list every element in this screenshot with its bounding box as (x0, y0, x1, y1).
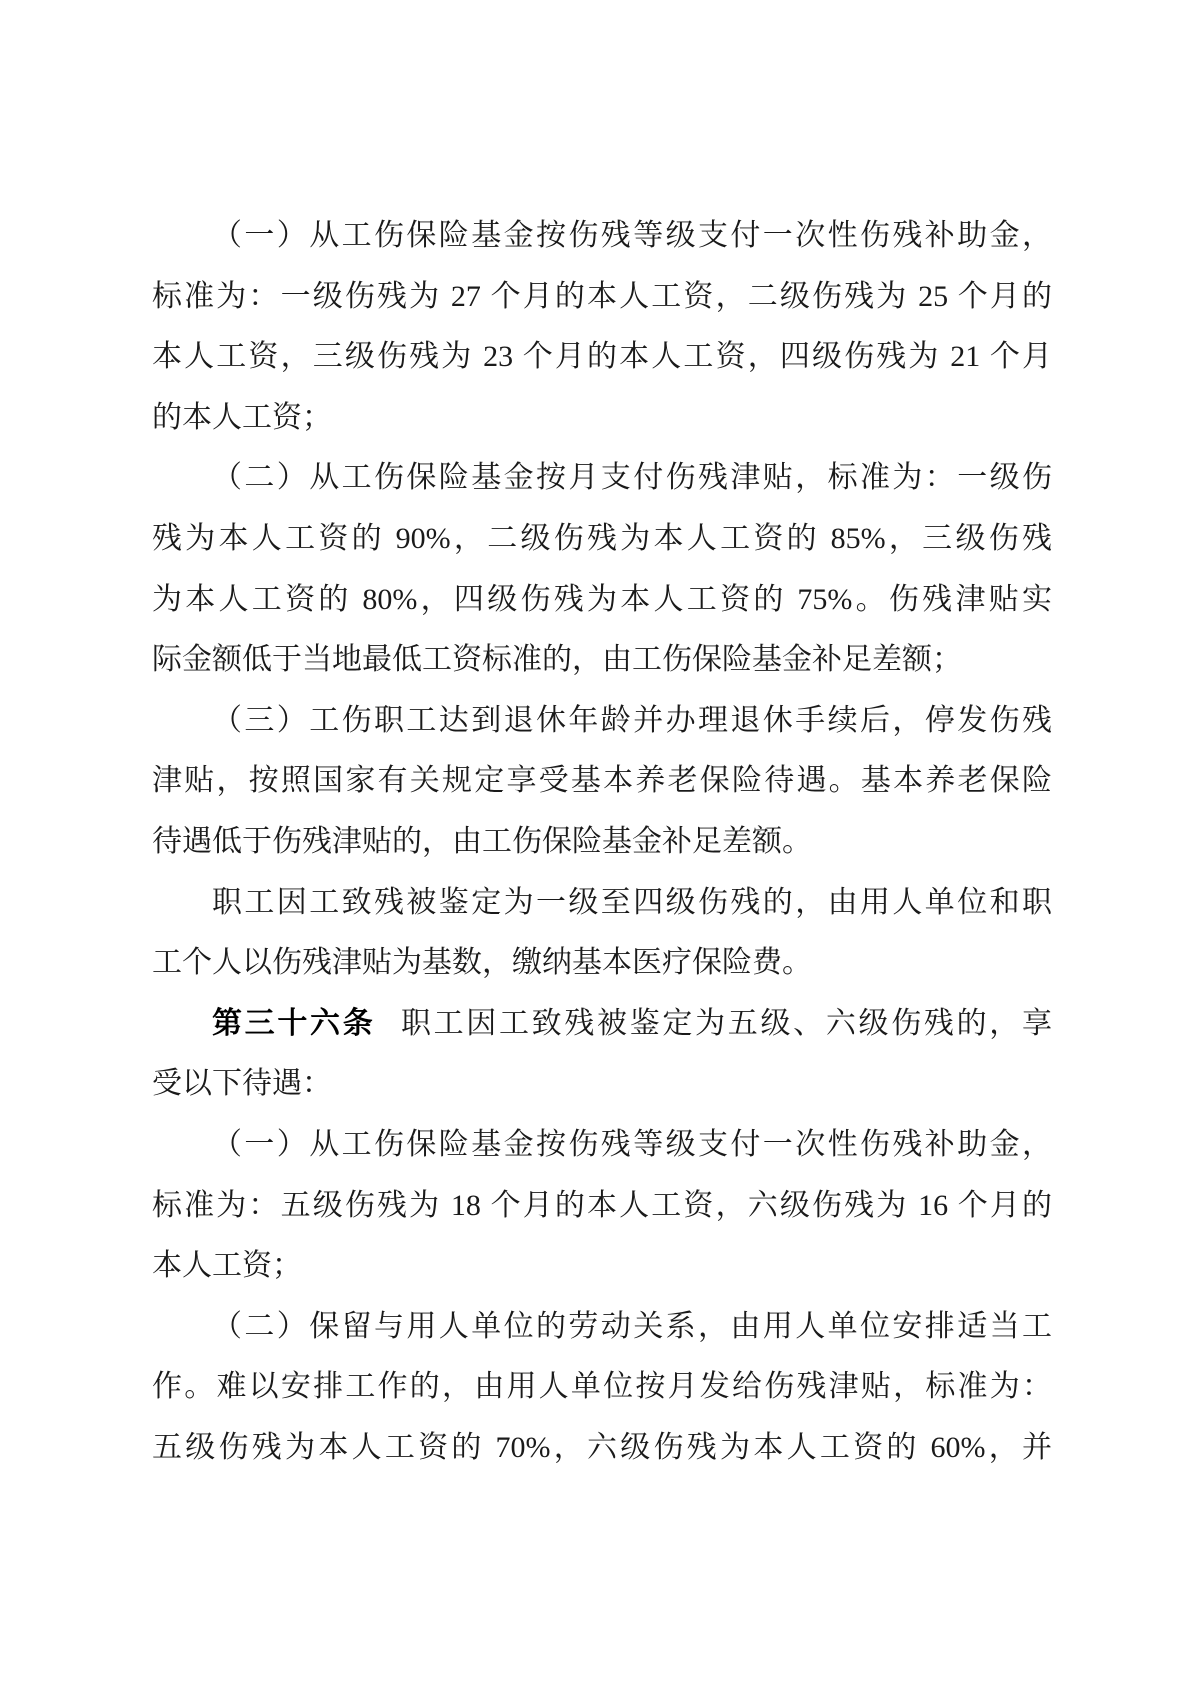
article-lead-text: 职工因工致残被鉴定为五级、六级伤残的，享 (401, 1007, 1052, 1040)
text-line: 五级伤残为本人工资的 70%，六级伤残为本人工资的 60%，并 (152, 1418, 1052, 1479)
text-line: （一）从工伤保险基金按伤残等级支付一次性伤残补助金， (152, 1115, 1052, 1176)
text-line: （二）保留与用人单位的劳动关系，由用人单位安排适当工 (152, 1297, 1052, 1358)
paragraph-article-36: 第三十六条职工因工致残被鉴定为五级、六级伤残的，享 受以下待遇： (152, 994, 1052, 1115)
text-line: （二）从工伤保险基金按月支付伤残津贴，标准为：一级伤 (152, 448, 1052, 509)
article-number-label: 第三十六条 (212, 1007, 375, 1040)
text-line: 本人工资； (152, 1236, 1052, 1297)
text-line: 待遇低于伤残津贴的，由工伤保险基金补足差额。 (152, 812, 1052, 873)
paragraph-item-1-grade5-6: （一）从工伤保险基金按伤残等级支付一次性伤残补助金， 标准为：五级伤残为 18 … (152, 1115, 1052, 1297)
text-line: 工个人以伤残津贴为基数，缴纳基本医疗保险费。 (152, 933, 1052, 994)
document-text-block: （一）从工伤保险基金按伤残等级支付一次性伤残补助金， 标准为：一级伤残为 27 … (152, 206, 1052, 1478)
text-line: 津贴，按照国家有关规定享受基本养老保险待遇。基本养老保险 (152, 751, 1052, 812)
text-line: （一）从工伤保险基金按伤残等级支付一次性伤残补助金， (152, 206, 1052, 267)
text-line: （三）工伤职工达到退休年龄并办理退休手续后，停发伤残 (152, 691, 1052, 752)
paragraph-item-2-grade5-6: （二）保留与用人单位的劳动关系，由用人单位安排适当工 作。难以安排工作的，由用人… (152, 1297, 1052, 1479)
text-line: 本人工资，三级伤残为 23 个月的本人工资，四级伤残为 21 个月 (152, 327, 1052, 388)
text-line: 职工因工致残被鉴定为一级至四级伤残的，由用人单位和职 (152, 873, 1052, 934)
text-line: 标准为：五级伤残为 18 个月的本人工资，六级伤残为 16 个月的 (152, 1176, 1052, 1237)
text-line: 受以下待遇： (152, 1054, 1052, 1115)
text-line: 作。难以安排工作的，由用人单位按月发给伤残津贴，标准为： (152, 1357, 1052, 1418)
text-line: 第三十六条职工因工致残被鉴定为五级、六级伤残的，享 (152, 994, 1052, 1055)
text-line: 的本人工资； (152, 388, 1052, 449)
paragraph-item-1-grade1-4: （一）从工伤保险基金按伤残等级支付一次性伤残补助金， 标准为：一级伤残为 27 … (152, 206, 1052, 448)
text-line: 标准为：一级伤残为 27 个月的本人工资，二级伤残为 25 个月的 (152, 267, 1052, 328)
paragraph-medical-insurance: 职工因工致残被鉴定为一级至四级伤残的，由用人单位和职 工个人以伤残津贴为基数，缴… (152, 873, 1052, 994)
paragraph-item-3-grade1-4: （三）工伤职工达到退休年龄并办理退休手续后，停发伤残 津贴，按照国家有关规定享受… (152, 691, 1052, 873)
document-page: （一）从工伤保险基金按伤残等级支付一次性伤残补助金， 标准为：一级伤残为 27 … (0, 0, 1190, 1683)
text-line: 为本人工资的 80%，四级伤残为本人工资的 75%。伤残津贴实 (152, 570, 1052, 631)
text-line: 残为本人工资的 90%，二级伤残为本人工资的 85%，三级伤残 (152, 509, 1052, 570)
text-line: 际金额低于当地最低工资标准的，由工伤保险基金补足差额； (152, 630, 1052, 691)
paragraph-item-2-grade1-4: （二）从工伤保险基金按月支付伤残津贴，标准为：一级伤 残为本人工资的 90%，二… (152, 448, 1052, 690)
